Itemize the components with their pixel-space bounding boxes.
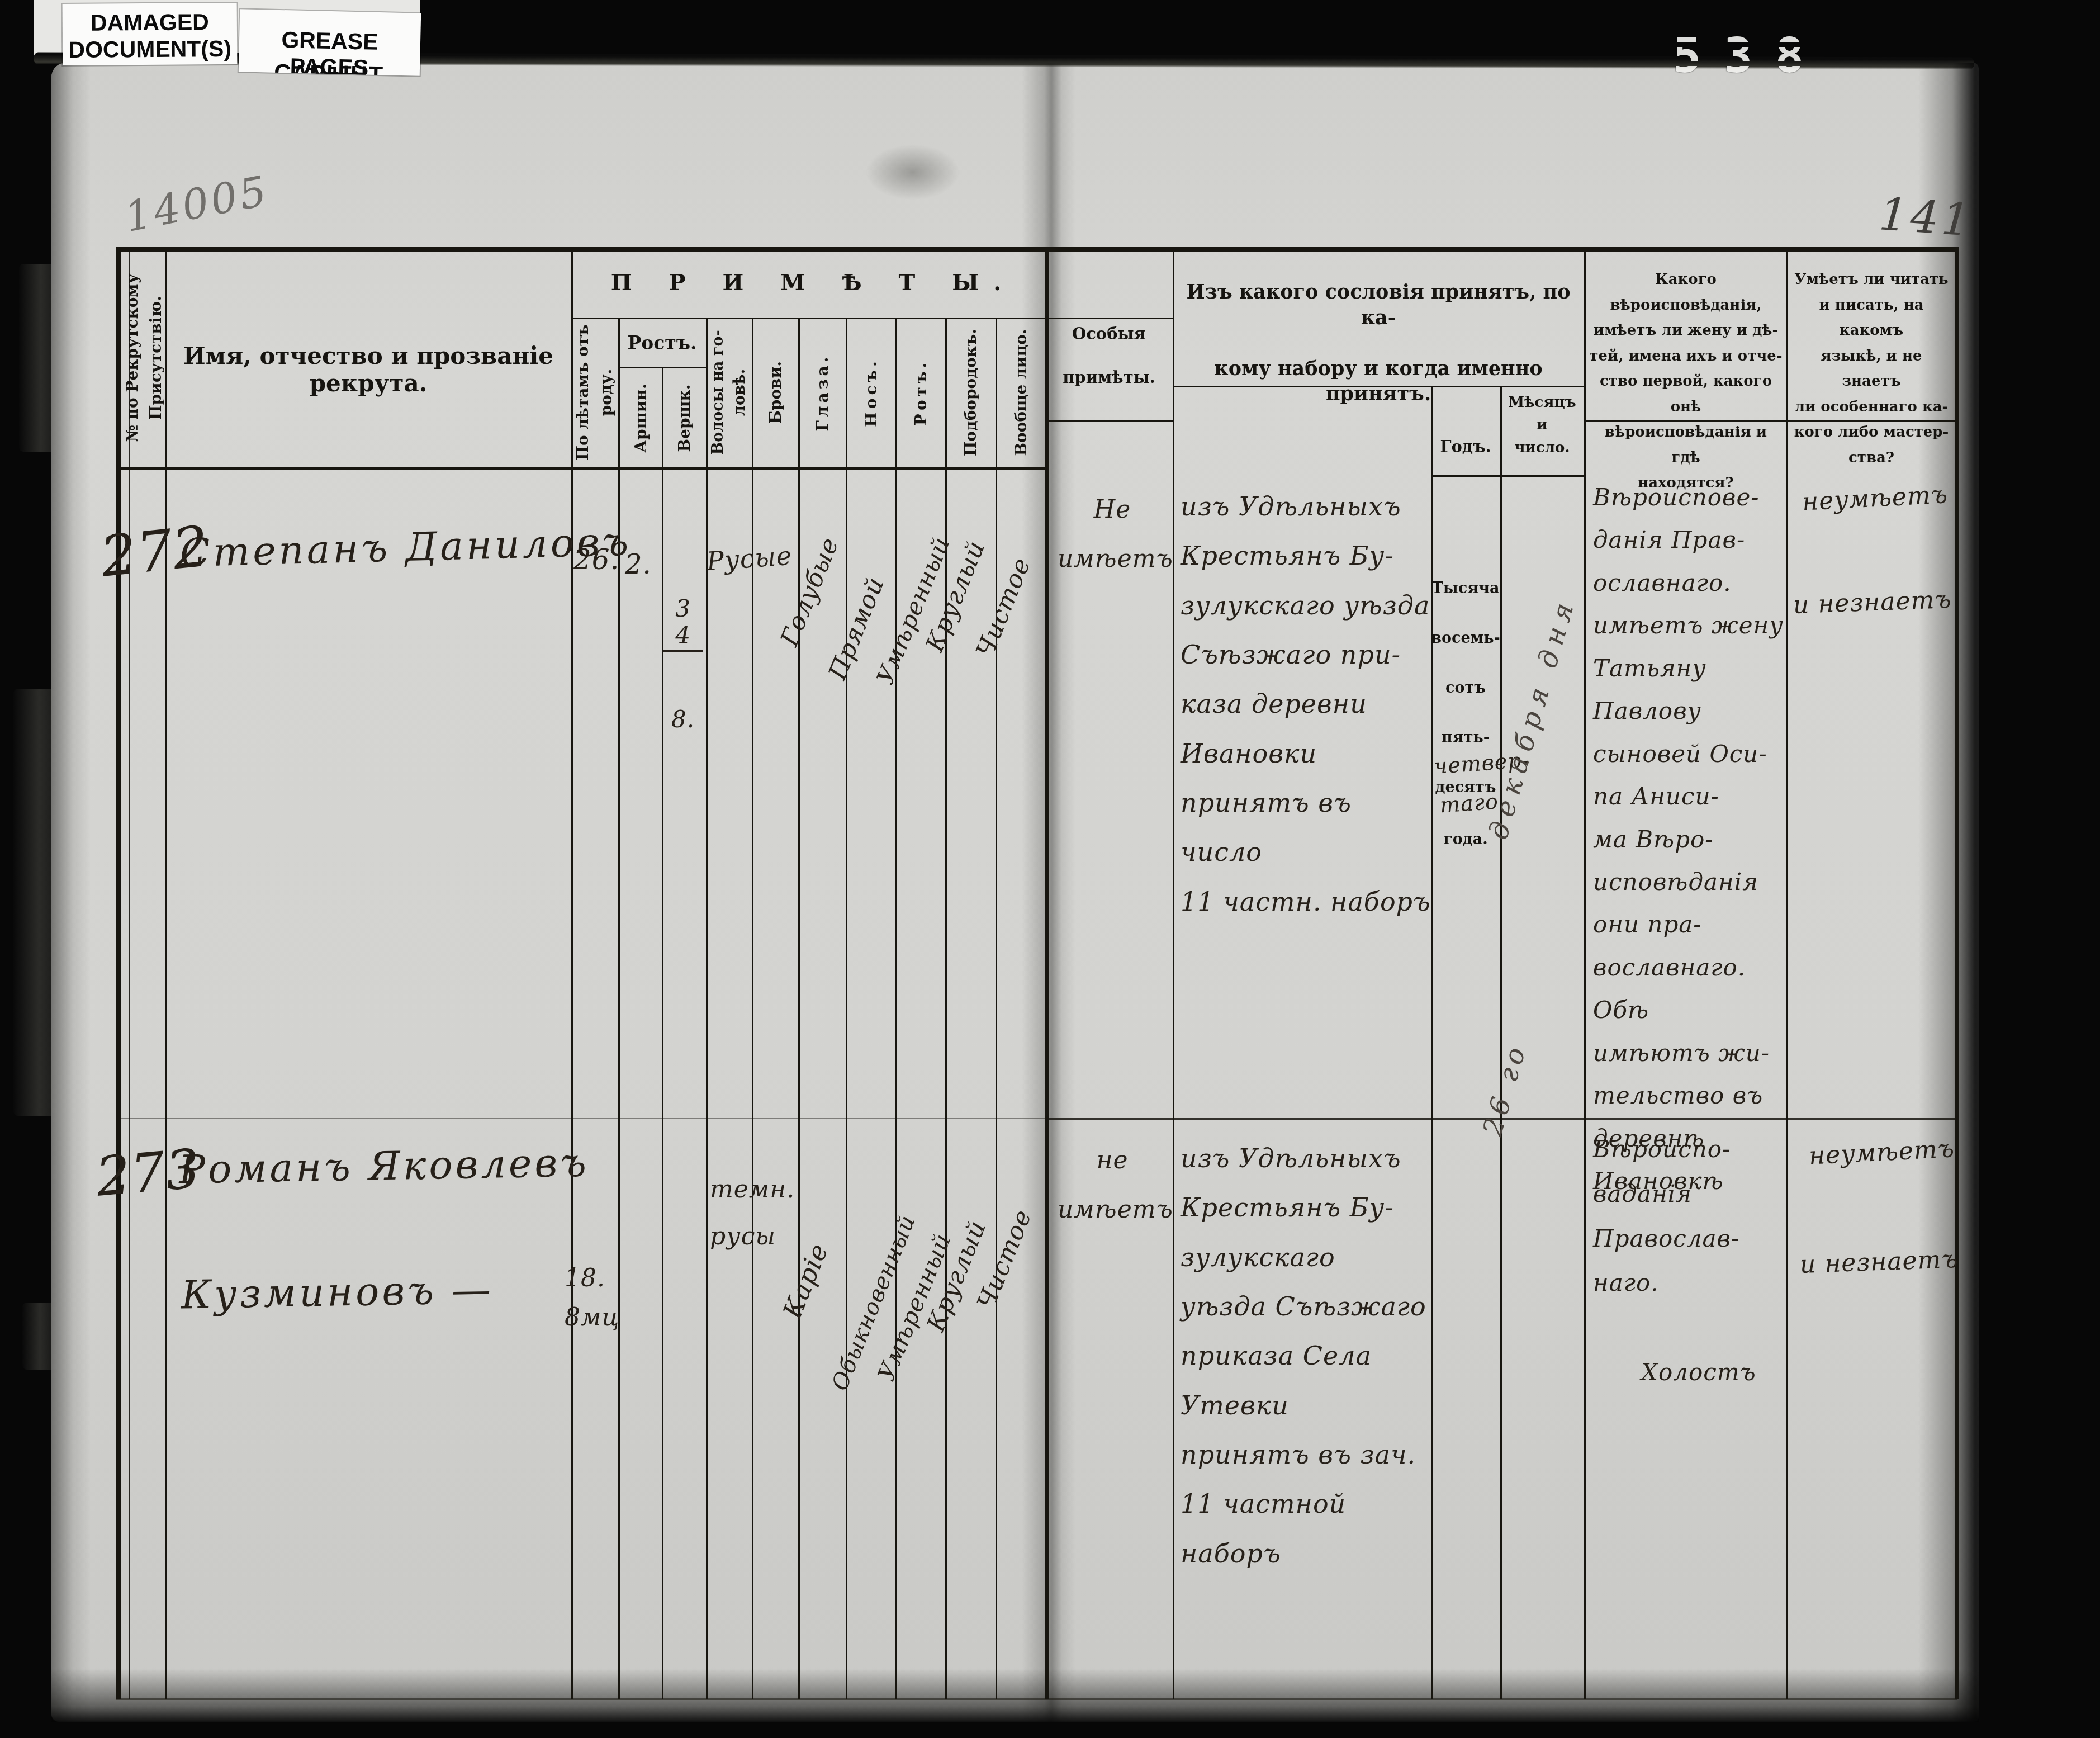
col-header-age: По лѣтамъ отъ роду.: [571, 325, 618, 461]
col-header-vershok: Вершк.: [675, 384, 694, 452]
col-header-chin: Подбородокъ.: [961, 329, 980, 456]
grid-line: [129, 247, 130, 1699]
grid-line: [752, 318, 753, 1699]
frame-counter: 538: [1672, 28, 1826, 84]
row-272-religion-family: Вѣроиспове- данія Прав- ославнаго. имѣет…: [1593, 476, 1785, 1202]
row-272-age: 26.: [573, 543, 620, 576]
grid-line: [116, 247, 1957, 252]
col-header-primety: П Р И М Ѣ Т Ы.: [592, 269, 1034, 296]
row-272-special-marks: Не имѣетъ: [1058, 485, 1167, 584]
grease-pages-label: GREASE PAGES САРЫНТ: [239, 9, 421, 75]
col-header-eyes: Глаза.: [813, 354, 832, 432]
col-header-year: Годъ.: [1431, 437, 1500, 456]
grid-line: [571, 247, 573, 1699]
row-272-hair: Русые: [705, 541, 793, 577]
row-272-vershok: 3 4 8.: [663, 541, 703, 760]
row-273-literacy-2: и незнаетъ: [1799, 1245, 1959, 1279]
row-273-estate: изъ Удѣльныхъ Крестьянъ Бу- зулукскаго у…: [1181, 1134, 1433, 1578]
grid-line: [571, 318, 1045, 319]
faint-stamp: [865, 144, 960, 200]
grid-line: [798, 318, 800, 1699]
col-header-religion: Какого вѣроисповѣданія, имѣетъ ли жену и…: [1589, 267, 1783, 496]
grid-line: [165, 247, 167, 1699]
grid-line: [116, 1118, 1045, 1119]
grid-line: [116, 247, 121, 1699]
row-273-religion-family: Вѣроиспо- ваданія Православ- наго. Холос…: [1593, 1127, 1785, 1395]
col-header-estate: Изъ какого сословія принятъ, по ка- кому…: [1175, 280, 1582, 407]
grid-line: [846, 318, 847, 1699]
grid-line: [945, 318, 947, 1699]
grid-line: [1431, 475, 1584, 477]
col-header-mouth: Ротъ.: [912, 359, 930, 425]
page-fold: [1022, 63, 1075, 1722]
col-header-month: Мѣсяцъ и число.: [1500, 391, 1584, 459]
damaged-document-label: DAMAGED DOCUMENT(S): [63, 3, 238, 65]
grid-line: [1045, 420, 1173, 422]
grid-line: [706, 318, 708, 1699]
col-header-name: Имя, отчество и прозваніе рекрута.: [171, 342, 566, 397]
col-header-face: Вообще лицо.: [1012, 329, 1030, 456]
pencil-folio-number-right: 141: [1878, 188, 1975, 246]
grid-line: [1786, 247, 1788, 1699]
row-273-hair: темн. русы: [710, 1166, 795, 1259]
page-bottom-edge: [51, 1669, 1979, 1722]
grid-line: [1173, 247, 1174, 1699]
col-header-arshin: Аршин.: [632, 383, 650, 452]
vershok-denominator: 8.: [671, 705, 695, 733]
col-header-special: Особыя примѣты.: [1047, 323, 1170, 389]
scanned-document: DAMAGED DOCUMENT(S) GREASE PAGES САРЫНТ …: [0, 0, 2100, 1738]
grid-line: [116, 1698, 1957, 1700]
grid-line: [116, 467, 1045, 470]
row-272-arshin: 2.: [625, 549, 652, 580]
vershok-whole: 3 4: [663, 595, 703, 652]
row-273-name: Романъ Яковлевъ Кузминовъ —: [178, 1131, 591, 1327]
grid-line: [1584, 247, 1586, 1699]
grid-line: [895, 318, 897, 1699]
grid-line: [1955, 247, 1959, 1699]
col-header-brows: Брови.: [766, 361, 785, 424]
grid-line: [1045, 318, 1173, 319]
row-272-estate: изъ Удѣльныхъ Крестьянъ Бу- зулукскаго у…: [1181, 482, 1433, 926]
row-272-literacy-2: и незнаетъ: [1793, 585, 1952, 619]
col-header-hair: Волосы на го- ловѣ.: [707, 330, 751, 454]
col-header-no: № по Рекрутскому Присутствію.: [121, 273, 168, 442]
row-273-age: 18. 8мц: [565, 1259, 619, 1338]
grid-line: [996, 318, 997, 1699]
col-header-literacy: Умѣетъ ли читать и писать, на какомъ язы…: [1790, 267, 1953, 471]
grid-line: [1045, 247, 1049, 1699]
col-header-rost: Ростъ.: [618, 332, 706, 354]
row-273-special-marks: не имѣетъ: [1058, 1136, 1167, 1234]
col-header-nose: Носъ.: [862, 358, 880, 427]
